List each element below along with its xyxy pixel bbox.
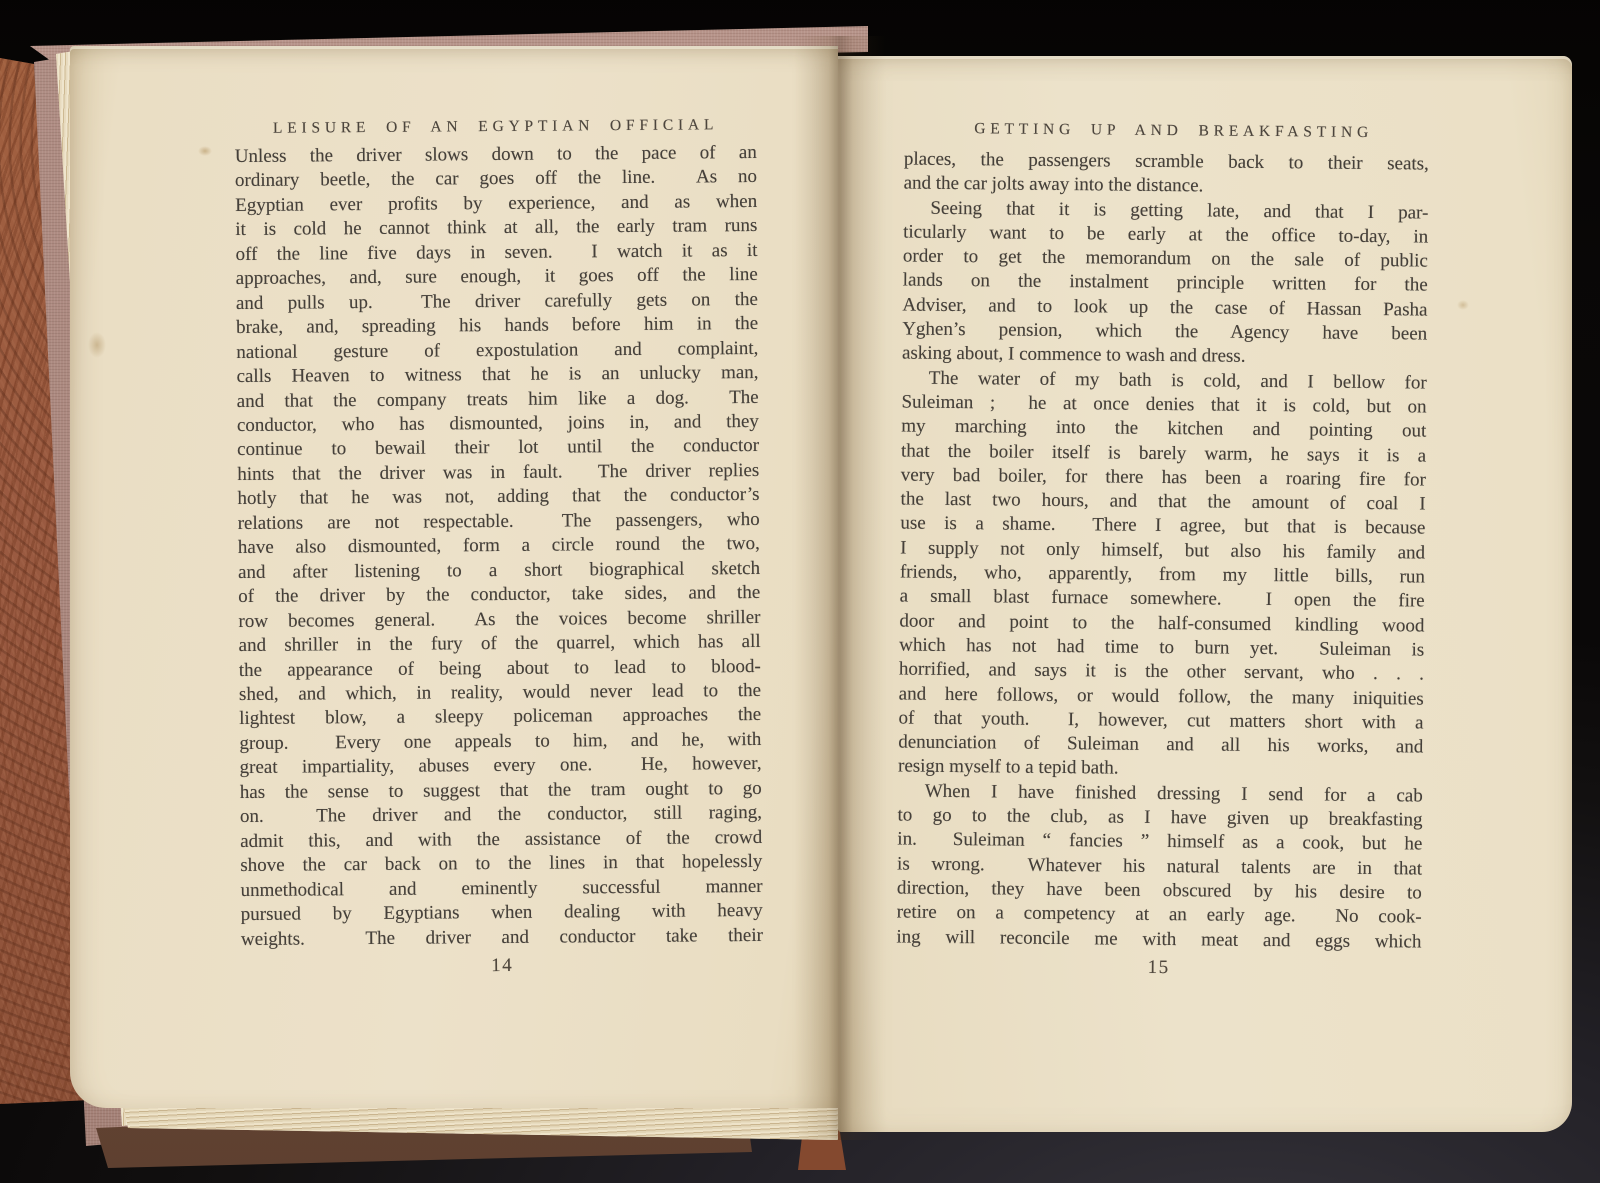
right-page: GETTING UP AND BREAKFASTING places, the … (896, 102, 1430, 1027)
text-line: calls Heaven to witness that he is an un… (236, 361, 758, 390)
text-line: of the driver by the conductor, take sid… (238, 581, 760, 610)
right-page-body: places, the passengers scramble back to … (896, 147, 1429, 954)
text-line: weights. The driver and conductor take t… (241, 923, 763, 952)
text-line: shove the car back on to the lines in th… (240, 850, 762, 879)
left-page: LEISURE OF AN EGYPTIAN OFFICIAL Unless t… (234, 102, 763, 1026)
text-line: have also dismounted, form a circle roun… (238, 532, 760, 561)
text-line: approaches, and, sure enough, it goes of… (236, 263, 758, 292)
text-line: brake, and, spreading his hands before h… (236, 312, 758, 341)
text-line: and shriller in the fury of the quarrel,… (239, 630, 761, 659)
left-page-number: 14 (241, 953, 763, 979)
text-line: pursued by Egyptians when dealing with h… (241, 899, 763, 928)
left-running-head: LEISURE OF AN EGYPTIAN OFFICIAL (235, 116, 757, 138)
right-running-head: GETTING UP AND BREAKFASTING (904, 120, 1429, 143)
book-photograph: LEISURE OF AN EGYPTIAN OFFICIAL Unless t… (0, 0, 1600, 1183)
left-page-body: Unless the driver slows down to the pace… (235, 141, 763, 952)
right-page-number: 15 (896, 954, 1421, 981)
text-line: ing will reconcile me with meat and eggs… (896, 925, 1421, 954)
text-line: great impartiality, abuses every one. He… (240, 752, 762, 781)
text-line: on. The driver and the conductor, still … (240, 801, 762, 830)
